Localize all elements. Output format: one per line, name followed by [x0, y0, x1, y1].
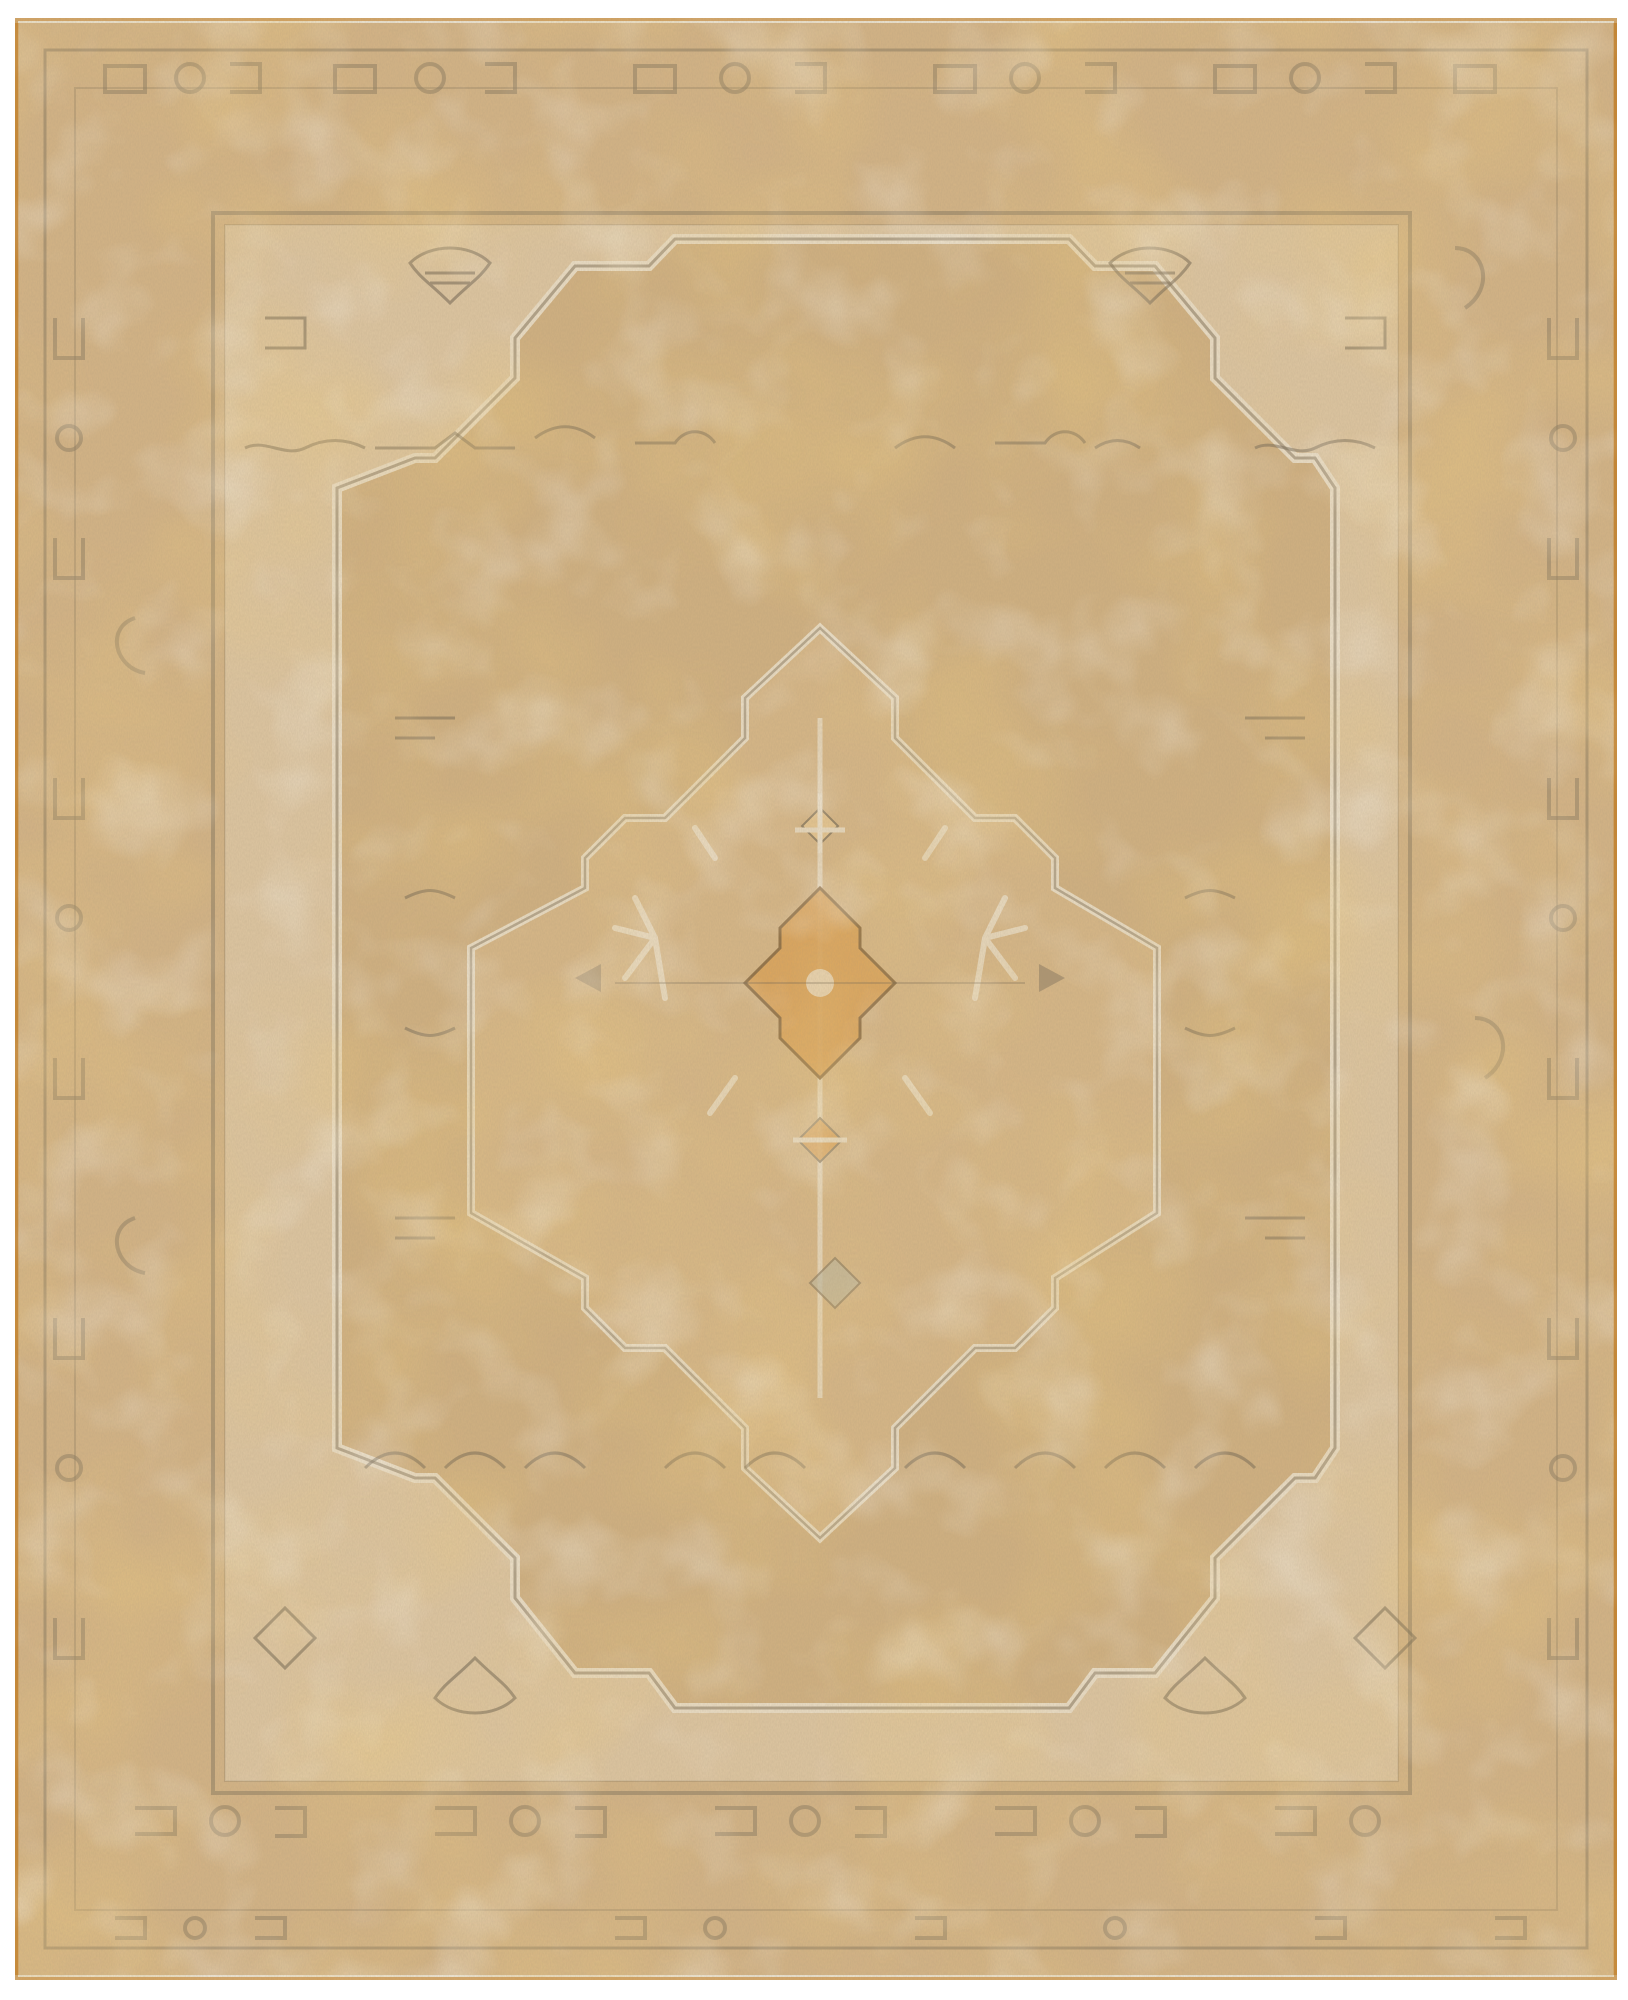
weave-texture — [15, 18, 1617, 1980]
rug — [15, 18, 1617, 1980]
rug-artwork — [15, 18, 1617, 1980]
